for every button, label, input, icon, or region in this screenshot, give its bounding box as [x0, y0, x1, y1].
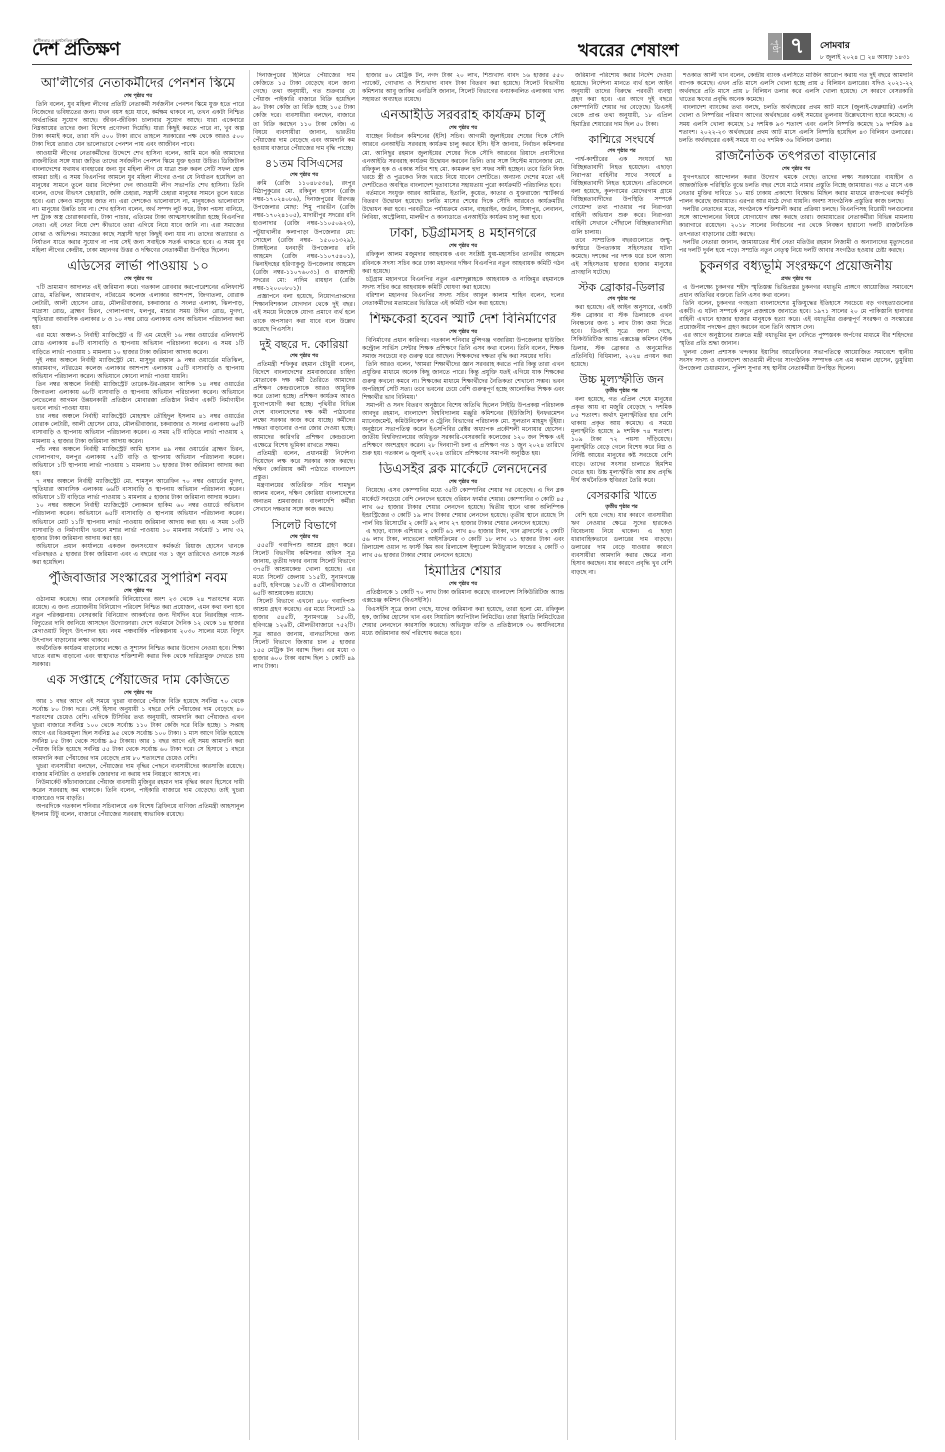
article-paragraph: এ ছাড়া, ব্যাংক এশিয়ার ২ কোটি ৬১ লাখ ৪০… [362, 528, 564, 560]
issue-day: সোমবার [820, 38, 850, 53]
article-paragraph: এর আগে অনুষ্ঠানের শুরুতে মন্ত্রী বধ্যভূম… [679, 332, 913, 348]
article-bcs41: ৪১তম বিসিএসের শেষ পৃষ্ঠার পর রুমি (রেজি … [253, 157, 355, 334]
headline-aedes[interactable]: এডিসের লার্ভা পাওয়ায় ১০ [32, 259, 244, 275]
article-paragraph: শওকাত আলী খান বলেন, কেন্দ্রীয় ব্যাংক এল… [679, 72, 913, 104]
article-paragraph: বলা হয়েছে, গত এপ্রিল শেষে মানুষের প্রকৃ… [571, 396, 672, 485]
article-paragraph: চট্টগ্রাম মহানগরে বিএনপির নতুন এরশাদুল্ল… [362, 276, 564, 292]
continued-label: তৃতীয় পৃষ্ঠার পর [571, 388, 672, 395]
article-paragraph: করা হয়েছে। এই আইন অনুসারে, একটি স্টক ব্… [571, 304, 672, 369]
article-stock-broker: স্টক ব্রোকার-ডিলার শেষ পৃষ্ঠার পর করা হয… [571, 281, 672, 369]
headline-sylhet[interactable]: সিলেট বিভাগে [253, 519, 355, 533]
article-paragraph: অর্থনৈতিক কার্যক্রম বাড়ানোর লক্ষ্যে ও স… [32, 645, 244, 669]
page-number: ৭ [783, 33, 811, 60]
continued-label: শেষ পৃষ্ঠার পর [362, 329, 564, 336]
article-paragraph: তিনি বলেন, চুকনগর গণহত্যা বাংলাদেশের মুক… [679, 300, 913, 332]
headline-teachers[interactable]: শিক্ষকেরা হবেন স্মার্ট দেশ বিনির্মাণের [362, 312, 564, 328]
article-paragraph: সমাপনী ও সনদ বিতরণ অনুষ্ঠানে বিশেষ অতিথি… [362, 402, 564, 459]
continued-label: শেষ পৃষ্ঠার পর [362, 125, 564, 132]
article-paragraph: খুলনা জেলা প্রশাসক খন্দকার ইয়াসির আরেফি… [679, 349, 913, 373]
headline-dse-block[interactable]: ডিএসইর ব্লক মার্কেটে লেনদেনের [362, 462, 564, 478]
article-paragraph: অভিযানে প্রধান কার্যালয়ে একজন জনসংযোগ ক… [32, 543, 244, 567]
continued-label: শেষ পৃষ্ঠার পর [362, 581, 564, 588]
article-paragraph: ৭ নম্বর অঞ্চলে নির্বাহী ম্যাজিস্ট্রেট মো… [32, 478, 244, 502]
continued-label: শেষ পৃষ্ঠার পর [32, 93, 244, 100]
article-paragraph: এ উপলক্ষ্যে চুকনগর শহীদ স্মৃতিস্তম্ভ ভিত… [679, 284, 913, 300]
headline-capital-market[interactable]: পুঁজিবাজার সংস্কারের সুপারিশ নবম [32, 571, 244, 587]
issue-date: ৮ জুলাই ২০২৪ ▢ ২৪ আষাঢ় ১৪৩১ [820, 52, 910, 63]
headline-bcs41[interactable]: ৪১তম বিসিএসের [253, 157, 355, 171]
article-paragraph: মন্ত্রণালয়ের অতিরিক্ত সচিব শামছুল আলম ব… [253, 482, 355, 514]
article-paragraph: ৫৫৫টি গবাদিপশু আশ্রয় গ্রহণ করে। সিলেট ব… [253, 542, 355, 599]
article-paragraph: ওঠানামা করেছে। আর বেসরকারি বিনিয়োগের অং… [32, 596, 244, 645]
article-paragraph: তবে সাম্প্রতিক বছরগুলোতে জম্মু-কাশ্মিরে … [571, 237, 672, 277]
article-paragraph: খুচরা ব্যবসায়ীরা বলছেন, পেঁয়াজের দাম ব… [32, 763, 244, 779]
headline-korea[interactable]: দুই বছরে দ. কোরিয়া [253, 338, 355, 352]
article-paragraph: যুগপৎভাবে আন্দোলন করার উদ্যোগ থমকে গেছে।… [679, 174, 913, 206]
headline-himadri[interactable]: হিমাদ্রির শেয়ার [362, 564, 564, 580]
continued-label: শেষ পৃষ্ঠার পর [679, 166, 913, 173]
article-paragraph: বিনির্মাণের প্রধান কারিগর। গতকাল শনিবার … [362, 337, 564, 361]
continued-label: শেষ পৃষ্ঠার পর [32, 588, 244, 595]
article-paragraph: দুই নম্বর অঞ্চলে নির্বাহী ম্যাজিস্ট্রেট … [32, 357, 244, 381]
continued-label: শেষ পৃষ্ঠার পর [362, 243, 564, 250]
continued-label: শেষ পৃষ্ঠার পর [253, 172, 355, 179]
article-paragraph: দিনাজপুরের হিলিতে পেঁয়াজের দাম কেজিতে ১… [253, 72, 355, 153]
headline-pension[interactable]: আ'লীগের নেতাকর্মীদের পেনশন স্কিমে [32, 76, 244, 92]
article-paragraph: অপরদিকে গতকাল শনিবার সচিবালয়ে এক বিশেষ … [32, 803, 244, 819]
continued-label: শেষ পৃষ্ঠার পর [32, 276, 244, 283]
article-capital-market: পুঁজিবাজার সংস্কারের সুপারিশ নবম শেষ পৃষ… [32, 571, 244, 669]
article-nid: এনআইডি সরবরাহ কার্যক্রম চালু শেষ পৃষ্ঠার… [362, 108, 564, 222]
article-paragraph: প্রতিষ্ঠানকে ১ কোটি ৭০ লাখ টাকা জরিমানা … [362, 589, 564, 605]
article-paragraph: দলটির নেতারা জানান, জামায়াতের শীর্ষ নেত… [679, 239, 913, 255]
article-himadri: হিমাদ্রির শেয়ার শেষ পৃষ্ঠার পর প্রতিষ্ঠ… [362, 564, 564, 638]
article-paragraph: প্রতিমন্ত্রী শফিকুর রহমান চৌধুরী বলেন, ব… [253, 361, 355, 450]
article-pension: আ'লীগের নেতাকর্মীদের পেনশন স্কিমে শেষ পৃ… [32, 76, 244, 255]
article-paragraph: প্রতিমন্ত্রী বলেন, প্রধানমন্ত্রী নির্দেশ… [253, 450, 355, 482]
column-left: আ'লীগের নেতাকর্মীদের পেনশন স্কিমে শেষ পৃ… [32, 72, 244, 1444]
article-teachers: শিক্ষকেরা হবেন স্মার্ট দেশ বিনির্মাণের শ… [362, 312, 564, 458]
continued-label: শেষ পৃষ্ঠার পর [571, 148, 672, 155]
headline-kashmir[interactable]: কাশ্মিরে সংঘর্ষে [571, 133, 672, 147]
column-divider [249, 70, 250, 1440]
article-paragraph: রফিকুল আলম মজুমদার আহবায়ক এবং সংশ্লিষ্ট… [362, 251, 564, 275]
article-sylhet: সিলেট বিভাগে শেষ পৃষ্ঠার পর ৫৫৫টি গবাদিপ… [253, 519, 355, 672]
article-paragraph: ৭টি ভ্রাম্যমাণ আদালত এই জরিমানা করে। গতক… [32, 284, 244, 333]
article-paragraph: জরিমানা পরিশোধ করার নির্দেশ দেওয়া হয়েছ… [571, 72, 672, 129]
article-aedes: এডিসের লার্ভা পাওয়ায় ১০ শেষ পৃষ্ঠার পর… [32, 259, 244, 567]
article-inflation: উচ্চ মূল্যস্ফীতি জন তৃতীয় পৃষ্ঠার পর বল… [571, 373, 672, 485]
headline-inflation[interactable]: উচ্চ মূল্যস্ফীতি জন [571, 373, 672, 387]
article-politics: রাজনৈতিক তৎপরতা বাড়ানোর শেষ পৃষ্ঠার পর … [679, 149, 913, 255]
article-paragraph: দলটির নেতাদের মতে, সংগঠনকে শক্তিশালী করা… [679, 206, 913, 238]
continued-label: শেষ পৃষ্ঠার পর [253, 534, 355, 541]
page-label: পৃষ্ঠা [768, 33, 782, 60]
column-narrow-1: দিনাজপুরের হিলিতে পেঁয়াজের দাম কেজিতে ১… [253, 72, 355, 1444]
column-right: শওকাত আলী খান বলেন, কেন্দ্রীয় ব্যাংক এল… [679, 72, 913, 1444]
article-paragraph: বর্তমানে সংযুক্ত আরব আমিরাত, ইতালি, কুয়… [362, 190, 564, 222]
column-middle: হাজার ৪০ মেট্রিক টন, নগদ টাকা ২০ লাখ, শি… [362, 72, 564, 1444]
column-divider [567, 500, 568, 1440]
article-paragraph: নিয়েছে। এসব কোম্পানির মধ্যে ৩৫টি কোম্পা… [362, 487, 564, 527]
continued-label: শেষ পৃষ্ঠার পর [571, 296, 672, 303]
masthead: স্বাধীনতার ও অর্থনৈতিক পত্রিকা দেশ প্রতি… [0, 0, 945, 50]
article-chuknagar: চুকনগর বধ্যভূমি সংরক্ষণে প্রয়োজনীয় প্র… [679, 259, 913, 373]
article-paragraph: বেশি হয়ে গেছে। যার কারণে ব্যবসায়ীরা ঋণ… [571, 512, 672, 577]
article-korea: দুই বছরে দ. কোরিয়া শেষ পৃষ্ঠার পর প্রতি… [253, 338, 355, 515]
article-paragraph: পাঁচ নম্বর অঞ্চলে নির্বাহী ম্যাজিস্ট্রেট… [32, 446, 244, 478]
continued-label: তৃতীয় পৃষ্ঠার পর [571, 504, 672, 511]
headline-private-sector[interactable]: বেসরকারি খাতে [571, 489, 672, 503]
newspaper-logo: দেশ প্রতিক্ষণ [32, 41, 120, 59]
article-paragraph: তিনি বলেন, যুব মহিলা লীগের প্রতিটি নেতাক… [32, 101, 244, 150]
headline-politics[interactable]: রাজনৈতিক তৎপরতা বাড়ানোর [679, 149, 913, 165]
article-private-sector: বেসরকারি খাতে তৃতীয় পৃষ্ঠার পর বেশি হয়… [571, 489, 672, 577]
continued-label: প্রথম পৃষ্ঠার পর [679, 276, 913, 283]
headline-stock-broker[interactable]: স্টক ব্রোকার-ডিলার [571, 281, 672, 295]
article-paragraph: নিউমার্কেট কাঁচাবাজারের পেঁয়াজ ব্যবসায়… [32, 779, 244, 803]
article-paragraph: হাজার ৪০ মেট্রিক টন, নগদ টাকা ২০ লাখ, শি… [362, 72, 564, 104]
article-paragraph: পার্শ্ব-কাশ্মীরের এক সংঘর্ষে ছয় বিচ্ছিন… [571, 156, 672, 237]
section-title: খবরের শেষাংশ [578, 42, 679, 60]
headline-nid[interactable]: এনআইডি সরবরাহ কার্যক্রম চালু [362, 108, 564, 124]
article-dse-block: ডিএসইর ব্লক মার্কেটে লেনদেনের শেষ পৃষ্ঠা… [362, 462, 564, 560]
article-paragraph: প্রজ্ঞাপনে বলা হয়েছে, নিয়োগপ্রাপ্তদের … [253, 293, 355, 333]
article-paragraph: আর ১ বছর আগে এই সময়ে খুচরা বাজারে পেঁয়… [32, 698, 244, 763]
article-dhaka-ctg: ঢাকা, চট্টগ্রামসহ ৪ মহানগরে শেষ পৃষ্ঠার … [362, 226, 564, 308]
headline-chuknagar[interactable]: চুকনগর বধ্যভূমি সংরক্ষণে প্রয়োজনীয় [679, 259, 913, 275]
continued-label: শেষ পৃষ্ঠার পর [362, 479, 564, 486]
continued-label: শেষ পৃষ্ঠার পর [32, 690, 244, 697]
article-paragraph: এর মধ্যে অঞ্চল-১ নির্বাহী ম্যাজিস্ট্রেট … [32, 332, 244, 356]
article-paragraph: যাচ্ছেন নির্বাচন কমিশনের (ইসি) সচিব। আগা… [362, 133, 564, 190]
article-paragraph: বরিশাল মহানগর বিএনপির সদস্য সচিব আবুল কা… [362, 292, 564, 308]
article-paragraph: সিলেট বিভাগে এখনো ৪৮৮ গবাদিপশু আশ্রয় গ্… [253, 598, 355, 671]
article-paragraph: আওয়ামী লীগের নেতাকর্মীদের উদ্দেশে শেখ হ… [32, 150, 244, 255]
article-paragraph: চার নম্বর অঞ্চলে নির্বাহী ম্যাজিস্ট্রেট … [32, 413, 244, 445]
masthead-rule [32, 64, 912, 65]
article-paragraph: তিন নম্বর অঞ্চলে নির্বাহী ম্যাজিস্ট্রেট … [32, 381, 244, 413]
continued-label: শেষ পৃষ্ঠার পর [253, 353, 355, 360]
column-divider [358, 70, 359, 1440]
column-narrow-2: জরিমানা পরিশোধ করার নির্দেশ দেওয়া হয়েছ… [571, 72, 672, 1444]
article-paragraph: বিএসইসি সূত্রে জানা গেছে, যাদের জরিমানা … [362, 606, 564, 638]
article-paragraph: বাংলাদেশ ব্যাংকের তথ্য বলছে, চলতি অর্থবছ… [679, 104, 913, 144]
headline-dhaka-ctg[interactable]: ঢাকা, চট্টগ্রামসহ ৪ মহানগরে [362, 226, 564, 242]
article-paragraph: রুমি (রেজি ১১০৪৮৫৩৪), রংপুর মিঠাপুকুরের … [253, 180, 355, 293]
article-onion: এক সপ্তাহে পেঁয়াজের দাম কেজিতে শেষ পৃষ্… [32, 673, 244, 819]
column-divider [675, 70, 676, 1440]
article-paragraph: ১০ নম্বর অঞ্চলে নির্বাহী ম্যাজিস্ট্রেট ল… [32, 502, 244, 542]
headline-onion[interactable]: এক সপ্তাহে পেঁয়াজের দাম কেজিতে [32, 673, 244, 689]
article-kashmir: কাশ্মিরে সংঘর্ষে শেষ পৃষ্ঠার পর পার্শ্ব-… [571, 133, 672, 277]
article-paragraph: তিনি আরও বলেন, 'আমরা শিক্ষার্থীদের জ্ঞান… [362, 361, 564, 401]
